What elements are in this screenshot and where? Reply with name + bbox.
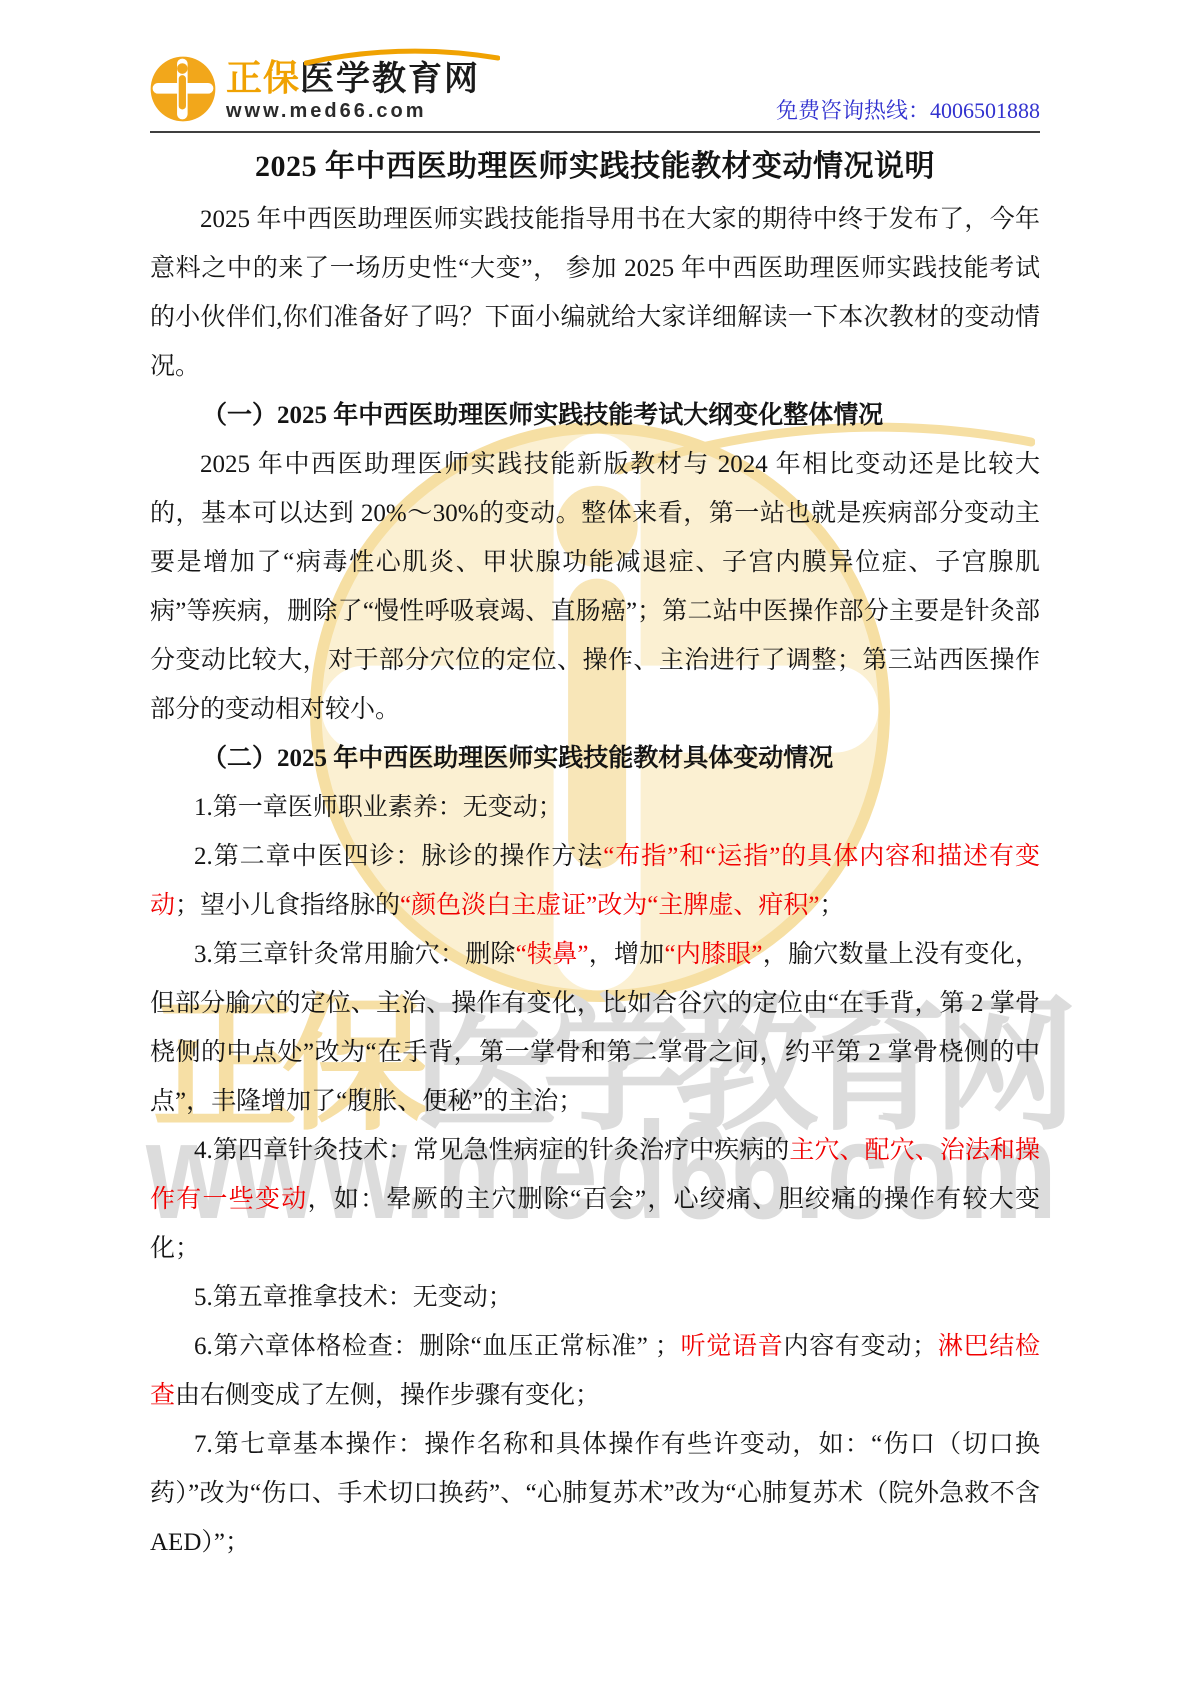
highlighted-text: “颜色淡白主虚证”改为“主脾虚、疳积” — [400, 892, 819, 919]
header-divider — [150, 131, 1040, 133]
paragraph: 2025 年中西医助理医师实践技能新版教材与 2024 年相比变动还是比较大的，… — [150, 440, 1040, 734]
paragraph: 2025 年中西医助理医师实践技能指导用书在大家的期待中终于发布了，今年意料之中… — [150, 195, 1040, 391]
body-text: （一）2025 年中西医助理医师实践技能考试大纲变化整体情况 — [202, 402, 883, 429]
logo-arc-icon — [304, 46, 500, 70]
list-item: 3.第三章针灸常用腧穴：删除“犊鼻”，增加“内膝眼”，腧穴数量上没有变化，但部分… — [150, 930, 1040, 1126]
body-text: 2025 年中西医助理医师实践技能指导用书在大家的期待中终于发布了，今年意料之中… — [150, 206, 1040, 380]
list-item: 2.第二章中医四诊：脉诊的操作方法“布指”和“运指”的具体内容和描述有变动；望小… — [150, 832, 1040, 930]
body-text: 2.第二章中医四诊：脉诊的操作方法 — [194, 843, 603, 870]
page-header: 正保 医学教育网 www.med66.com 免费咨询热线：4006501888 — [150, 56, 1040, 127]
body-text: 3.第三章针灸常用腧穴：删除 — [194, 941, 516, 968]
brand-url: www.med66.com — [226, 100, 480, 123]
section-heading: （一）2025 年中西医助理医师实践技能考试大纲变化整体情况 — [150, 391, 1040, 440]
highlighted-text: “内膝眼” — [664, 941, 762, 968]
brand-logo-icon — [150, 56, 216, 127]
document-page: 正保 医学教育网 www.med66.com 免费咨询热线：4006501888… — [0, 56, 1190, 1567]
body-text: 2025 年中西医助理医师实践技能新版教材与 2024 年相比变动还是比较大的，… — [150, 451, 1040, 723]
list-item: 4.第四章针灸技术：常见急性病症的针灸治疗中疾病的主穴、配穴、治法和操作有一些变… — [150, 1126, 1040, 1273]
section-heading: （二）2025 年中西医助理医师实践技能教材具体变动情况 — [150, 734, 1040, 783]
body-text: 7.第七章基本操作：操作名称和具体操作有些许变动，如：“伤口（切口换药）”改为“… — [150, 1431, 1040, 1556]
body-text: 4.第四章针灸技术：常见急性病症的针灸治疗中疾病的 — [194, 1137, 789, 1164]
body-text: 由右侧变成了左侧，操作步骤有变化； — [175, 1382, 600, 1409]
brand-logo-text: 正保 医学教育网 www.med66.com — [226, 60, 480, 123]
hotline-text: 免费咨询热线：4006501888 — [776, 94, 1040, 125]
page-title: 2025 年中西医助理医师实践技能教材变动情况说明 — [150, 145, 1040, 189]
list-item: 5.第五章推拿技术：无变动； — [150, 1273, 1040, 1322]
body-text: 内容有变动； — [783, 1333, 937, 1360]
body-text: 6.第六章体格检查：删除“血压正常标准” ； — [194, 1333, 680, 1360]
highlighted-text: 听觉语音 — [680, 1333, 784, 1360]
body-text: ，增加 — [589, 941, 665, 968]
brand-logo: 正保 医学教育网 www.med66.com — [150, 56, 480, 127]
list-item: 7.第七章基本操作：操作名称和具体操作有些许变动，如：“伤口（切口换药）”改为“… — [150, 1420, 1040, 1567]
body-text: 1.第一章医师职业素养：无变动； — [194, 794, 563, 821]
body-text: 5.第五章推拿技术：无变动； — [194, 1284, 513, 1311]
body-text: ；望小儿食指络脉的 — [175, 892, 400, 919]
body-text: ； — [819, 892, 844, 919]
document-body: 2025 年中西医助理医师实践技能指导用书在大家的期待中终于发布了，今年意料之中… — [150, 195, 1040, 1567]
list-item: 6.第六章体格检查：删除“血压正常标准” ；听觉语音内容有变动；淋巴结检查由右侧… — [150, 1322, 1040, 1420]
list-item: 1.第一章医师职业素养：无变动； — [150, 783, 1040, 832]
body-text: （二）2025 年中西医助理医师实践技能教材具体变动情况 — [202, 745, 833, 772]
highlighted-text: “犊鼻” — [516, 941, 589, 968]
brand-name-gold: 正保 — [226, 60, 300, 96]
